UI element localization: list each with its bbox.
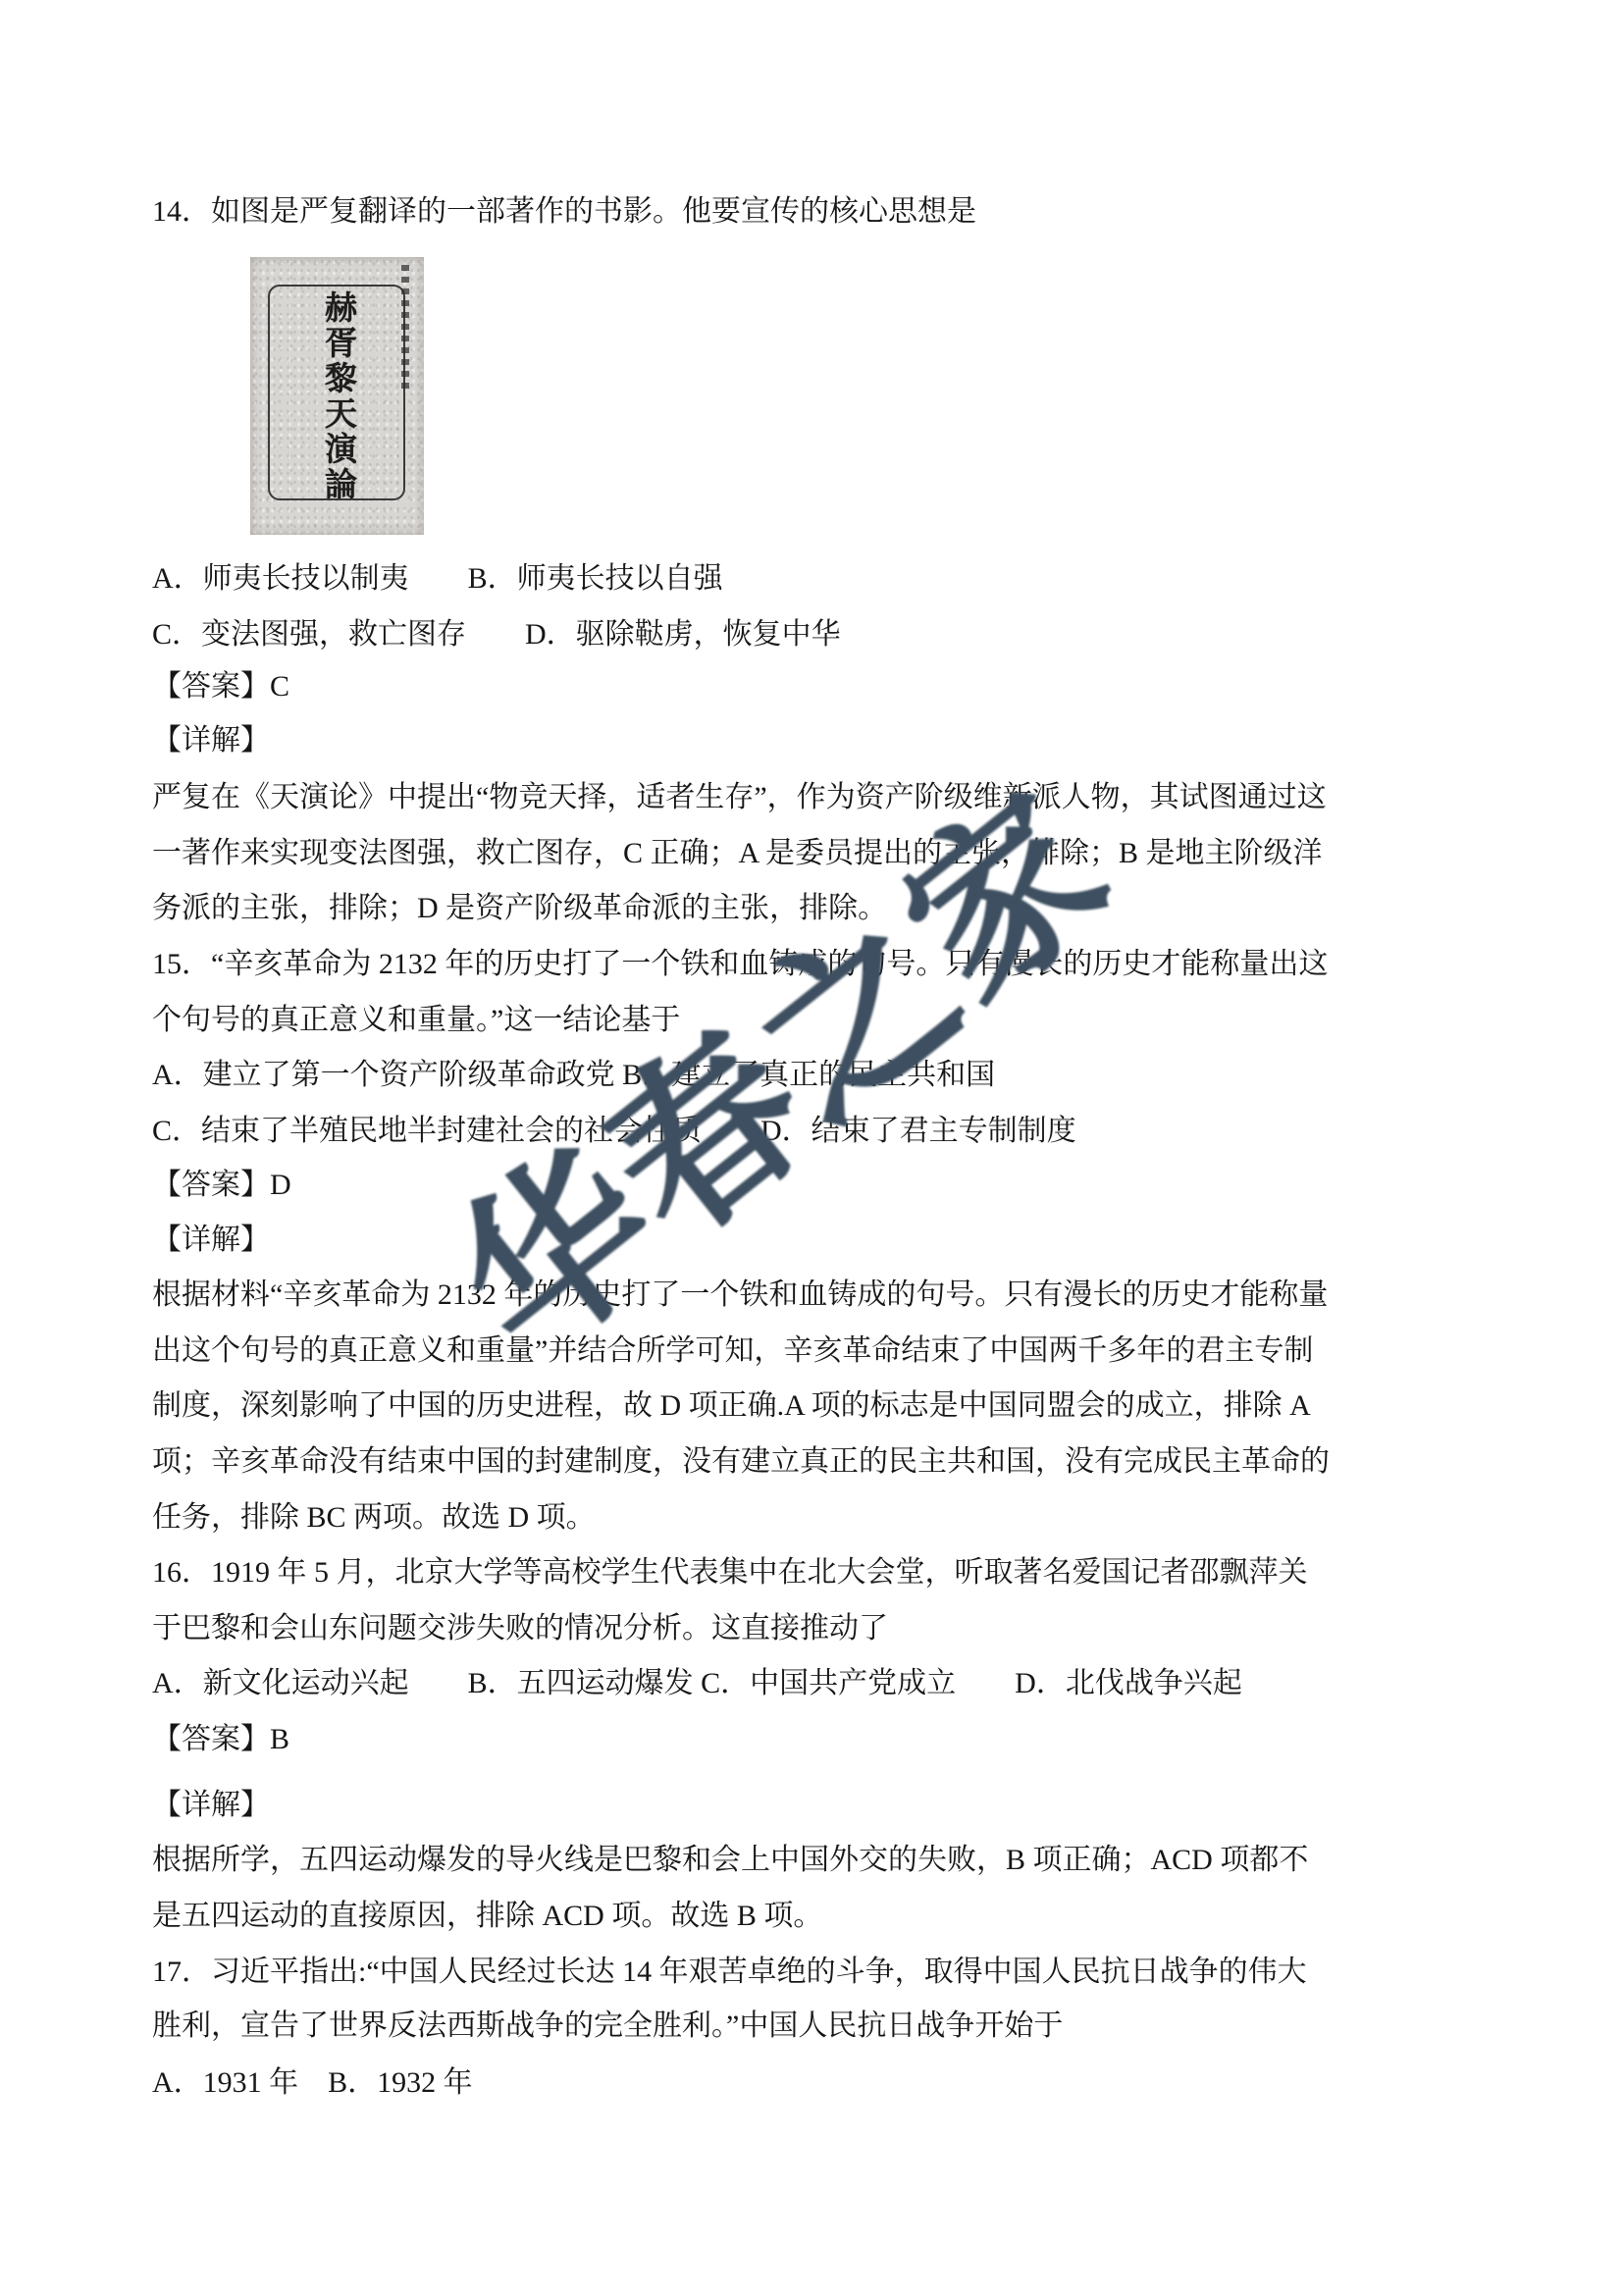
- q15-stem-line1: 15．“辛亥革命为 2132 年的历史打了一个铁和血铸成的句号。只有漫长的历史才…: [152, 945, 1492, 984]
- q16-stem-line1: 16．1919 年 5 月，北京大学等高校学生代表集中在北大会堂，听取著名爱国记…: [152, 1553, 1492, 1592]
- q17-options: A．1931 年 B．1932 年: [152, 2063, 1492, 2103]
- q16-explanation-line1: 根据所学，五四运动爆发的导火线是巴黎和会上中国外交的失败，B 项正确；ACD 项…: [152, 1841, 1492, 1880]
- q15-stem-line2: 个句号的真正意义和重量。”这一结论基于: [152, 1001, 1492, 1040]
- q16-detail-label: 【详解】: [152, 1786, 1492, 1825]
- q14-stem: 14．如图是严复翻译的一部著作的书影。他要宣传的核心思想是: [152, 192, 1492, 232]
- q14-explanation-line1: 严复在《天演论》中提出“物竞天择，适者生存”，作为资产阶级维新派人物，其试图通过…: [152, 778, 1492, 817]
- q14-explanation-line3: 务派的主张，排除；D 是资产阶级革命派的主张，排除。: [152, 889, 1492, 928]
- q17-stem-line2: 胜利，宣告了世界反法西斯战争的完全胜利。”中国人民抗日战争开始于: [152, 2007, 1492, 2046]
- book-cover-image: 赫胥黎天演論: [250, 257, 424, 535]
- q16-stem-line2: 于巴黎和会山东问题交涉失败的情况分析。这直接推动了: [152, 1609, 1492, 1648]
- q15-option-cd: C．结束了半殖民地半封建社会的社会性质 D．结束了君主专制制度: [152, 1112, 1492, 1151]
- q14-option-ab: A．师夷长技以制夷 B．师夷长技以自强: [152, 559, 1492, 599]
- q15-option-ab: A．建立了第一个资产阶级革命政党 B．建立了真正的民主共和国: [152, 1056, 1492, 1095]
- q15-explanation-line1: 根据材料“辛亥革命为 2132 年的历史打了一个铁和血铸成的句号。只有漫长的历史…: [152, 1276, 1492, 1315]
- q14-detail-label: 【详解】: [152, 721, 1492, 760]
- q15-answer: 【答案】D: [152, 1166, 1492, 1205]
- q16-options: A．新文化运动兴起 B．五四运动爆发 C．中国共产党成立 D．北伐战争兴起: [152, 1664, 1492, 1703]
- q14-answer: 【答案】C: [152, 667, 1492, 706]
- q15-explanation-line4: 项；辛亥革命没有结束中国的封建制度，没有建立真正的民主共和国，没有完成民主革命的: [152, 1442, 1492, 1482]
- q15-explanation-line3: 制度，深刻影响了中国的历史进程，故 D 项正确.A 项的标志是中国同盟会的成立，…: [152, 1386, 1492, 1426]
- q15-explanation-line2: 出这个句号的真正意义和重量”并结合所学可知，辛亥革命结束了中国两千多年的君主专制: [152, 1331, 1492, 1371]
- q15-explanation-line5: 任务，排除 BC 两项。故选 D 项。: [152, 1498, 1492, 1538]
- q15-detail-label: 【详解】: [152, 1221, 1492, 1260]
- book-cover-title: 赫胥黎天演論: [321, 290, 353, 502]
- q14-option-cd: C．变法图强，救亡图存 D．驱除鞑虏，恢复中华: [152, 615, 1492, 654]
- q16-explanation-line2: 是五四运动的直接原因，排除 ACD 项。故选 B 项。: [152, 1897, 1492, 1936]
- q17-stem-line1: 17．习近平指出:“中国人民经过长达 14 年艰苦卓绝的斗争，取得中国人民抗日战…: [152, 1953, 1492, 1992]
- q16-answer: 【答案】B: [152, 1720, 1492, 1759]
- q14-explanation-line2: 一著作来实现变法图强，救亡图存，C 正确；A 是委员提出的主张，排除；B 是地主…: [152, 834, 1492, 873]
- exam-document-page: 14．如图是严复翻译的一部著作的书影。他要宣传的核心思想是 赫胥黎天演論 A．师…: [0, 0, 1623, 2296]
- book-cover-side-text: [401, 265, 409, 392]
